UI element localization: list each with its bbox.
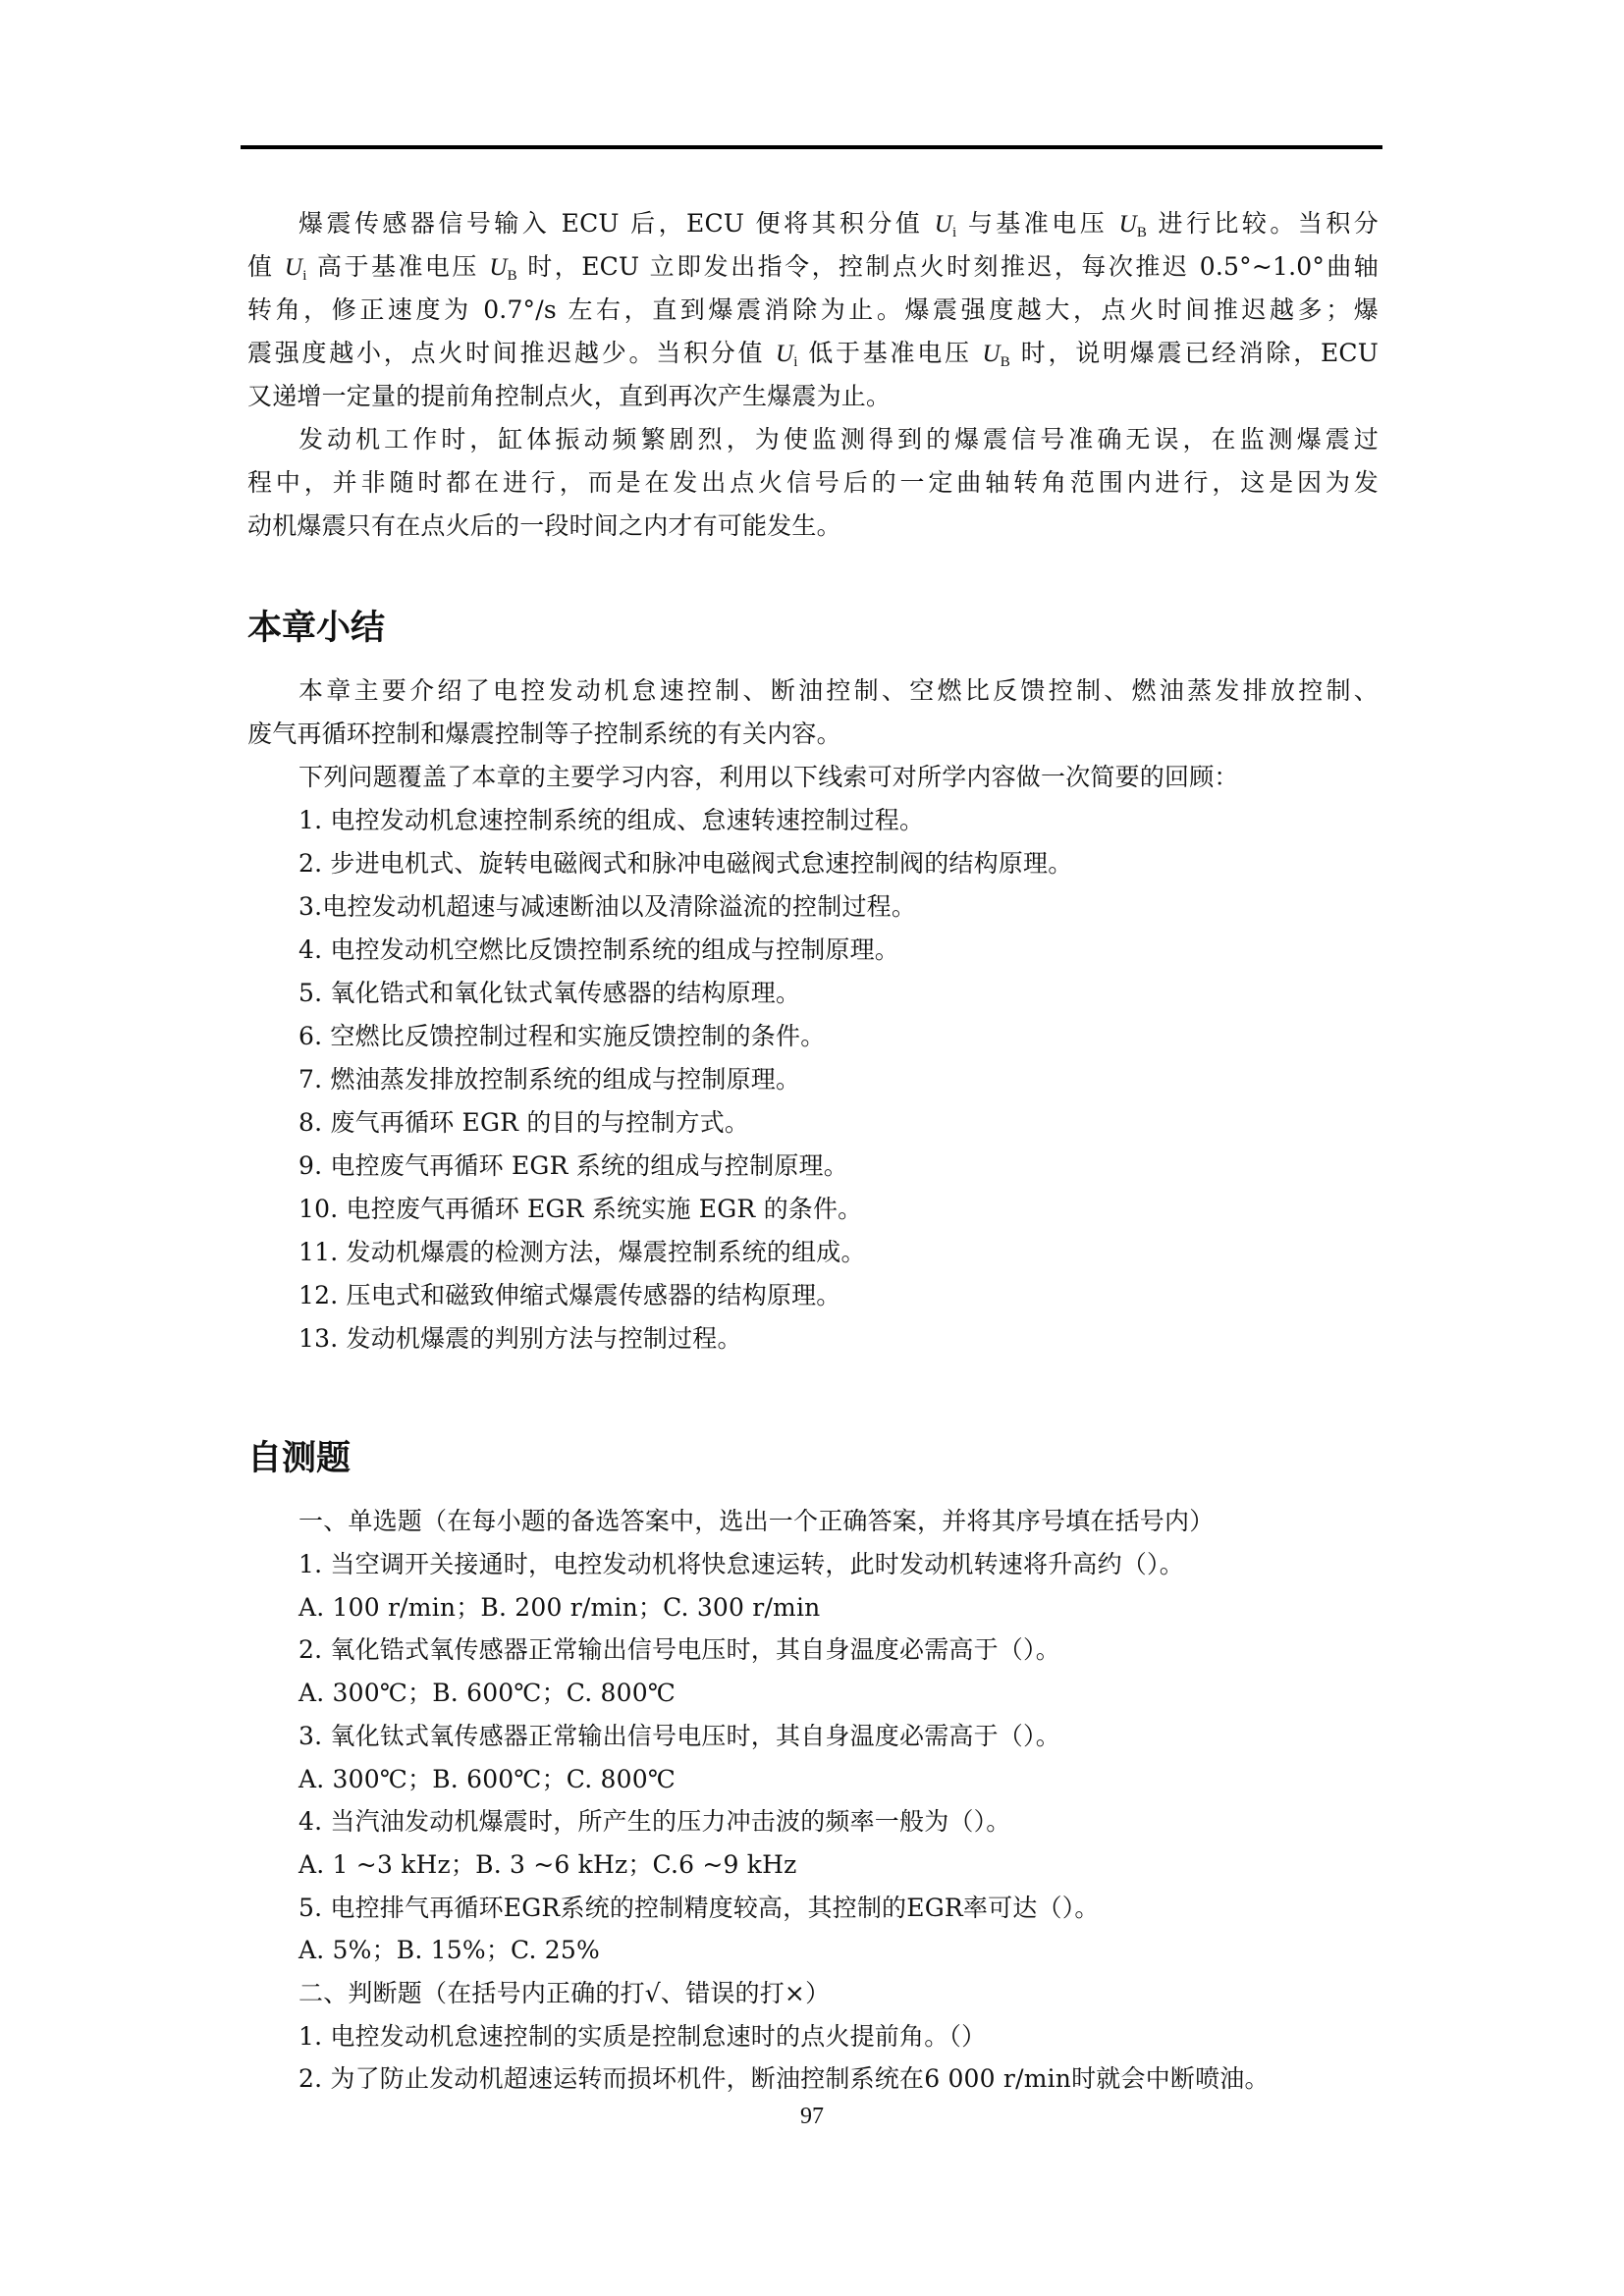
summary-list-item: 12. 压电式和磁致伸缩式爆震传感器的结构原理。 <box>298 1281 841 1310</box>
summary-intro-line-1: 本章主要介绍了电控发动机怠速控制、断油控制、空燃比反馈控制、燃油蒸发排放控制、 <box>298 676 1379 706</box>
header-rule <box>241 145 1382 149</box>
var-ui: Ui <box>935 211 957 238</box>
question-line: 1. 电控发动机怠速控制的实质是控制怠速时的点火提前角。（） <box>298 2022 986 2052</box>
section2-title: 二、判断题（在括号内正确的打√、错误的打×） <box>298 1979 830 2008</box>
paragraph1-line-2: 值 Ui 高于基准电压 UB 时，ECU 立即发出指令，控制点火时刻推迟，每次推… <box>247 252 1379 291</box>
var-ub: UB <box>489 254 516 281</box>
paragraph2-line-3: 动机爆震只有在点火后的一段时间之内才有可能发生。 <box>247 511 841 541</box>
page-number: 97 <box>0 2104 1624 2130</box>
var-ui: Ui <box>285 254 307 281</box>
question-line: A. 5%；B. 15%；C. 25% <box>298 1936 600 1965</box>
summary-list-item: 4. 电控发动机空燃比反馈控制系统的组成与控制原理。 <box>298 935 899 965</box>
self-test-heading: 自测题 <box>247 1439 351 1478</box>
summary-list-item: 10. 电控废气再循环 EGR 系统实施 EGR 的条件。 <box>298 1195 862 1224</box>
summary-list-item: 5. 氧化锆式和氧化钛式氧传感器的结构原理。 <box>298 979 800 1008</box>
paragraph1-line-5: 又递增一定量的提前角控制点火，直到再次产生爆震为止。 <box>247 382 891 411</box>
summary-list-item: 7. 燃油蒸发排放控制系统的组成与控制原理。 <box>298 1065 800 1095</box>
summary-list-item: 6. 空燃比反馈控制过程和实施反馈控制的条件。 <box>298 1022 825 1051</box>
summary-heading: 本章小结 <box>247 609 385 648</box>
paragraph2-line-2: 程中，并非随时都在进行，而是在发出点火信号后的一定曲轴转角范围内进行，这是因为发 <box>247 468 1379 498</box>
section1-title: 一、单选题（在每小题的备选答案中，选出一个正确答案，并将其序号填在括号内） <box>298 1507 1214 1536</box>
paragraph1-line-1: 爆震传感器信号输入 ECU 后，ECU 便将其积分值 Ui 与基准电压 UB 进… <box>298 209 1379 247</box>
summary-list-item: 13. 发动机爆震的判别方法与控制过程。 <box>298 1324 742 1354</box>
summary-list-item: 11. 发动机爆震的检测方法，爆震控制系统的组成。 <box>298 1238 866 1267</box>
var-ub: UB <box>1119 211 1147 238</box>
summary-list-item: 8. 废气再循环 EGR 的目的与控制方式。 <box>298 1108 749 1138</box>
question-line: 2. 氧化锆式氧传感器正常输出信号电压时，其自身温度必需高于（）。 <box>298 1635 1060 1665</box>
question-line: 4. 当汽油发动机爆震时，所产生的压力冲击波的频率一般为（）。 <box>298 1807 1011 1837</box>
paragraph2-line-1: 发动机工作时，缸体振动频繁剧烈，为使监测得到的爆震信号准确无误，在监测爆震过 <box>298 425 1379 454</box>
summary-list-item: 3.电控发动机超速与减速断油以及清除溢流的控制过程。 <box>298 892 916 922</box>
summary-list-item: 2. 步进电机式、旋转电磁阀式和脉冲电磁阀式怠速控制阀的结构原理。 <box>298 849 1072 879</box>
paragraph1-line-3: 转角，修正速度为 0.7°/s 左右，直到爆震消除为止。爆震强度越大，点火时间推… <box>247 295 1379 325</box>
question-line: A. 100 r/min；B. 200 r/min；C. 300 r/min <box>298 1593 820 1623</box>
summary-review-intro: 下列问题覆盖了本章的主要学习内容，利用以下线索可对所学内容做一次简要的回顾： <box>298 763 1239 792</box>
question-line: 2. 为了防止发动机超速运转而损坏机件，断油控制系统在6 000 r/min时就… <box>298 2064 1270 2094</box>
question-line: 1. 当空调开关接通时，电控发动机将快怠速运转，此时发动机转速将升高约（）。 <box>298 1550 1184 1579</box>
question-line: 5. 电控排气再循环EGR系统的控制精度较高，其控制的EGR率可达（）。 <box>298 1894 1100 1923</box>
summary-list-item: 9. 电控废气再循环 EGR 系统的组成与控制原理。 <box>298 1151 848 1181</box>
summary-intro-line-2: 废气再循环控制和爆震控制等子控制系统的有关内容。 <box>247 720 841 749</box>
question-line: A. 1 ~3 kHz；B. 3 ~6 kHz；C.6 ~9 kHz <box>298 1850 797 1880</box>
question-line: A. 300℃；B. 600℃；C. 800℃ <box>298 1679 676 1708</box>
question-line: A. 300℃；B. 600℃；C. 800℃ <box>298 1765 676 1794</box>
question-line: 3. 氧化钛式氧传感器正常输出信号电压时，其自身温度必需高于（）。 <box>298 1722 1060 1751</box>
var-ui: Ui <box>776 341 798 367</box>
paragraph1-line-4: 震强度越小，点火时间推迟越少。当积分值 Ui 低于基准电压 UB 时，说明爆震已… <box>247 339 1379 377</box>
summary-list-item: 1. 电控发动机怠速控制系统的组成、怠速转速控制过程。 <box>298 806 924 835</box>
var-ub: UB <box>983 341 1010 367</box>
